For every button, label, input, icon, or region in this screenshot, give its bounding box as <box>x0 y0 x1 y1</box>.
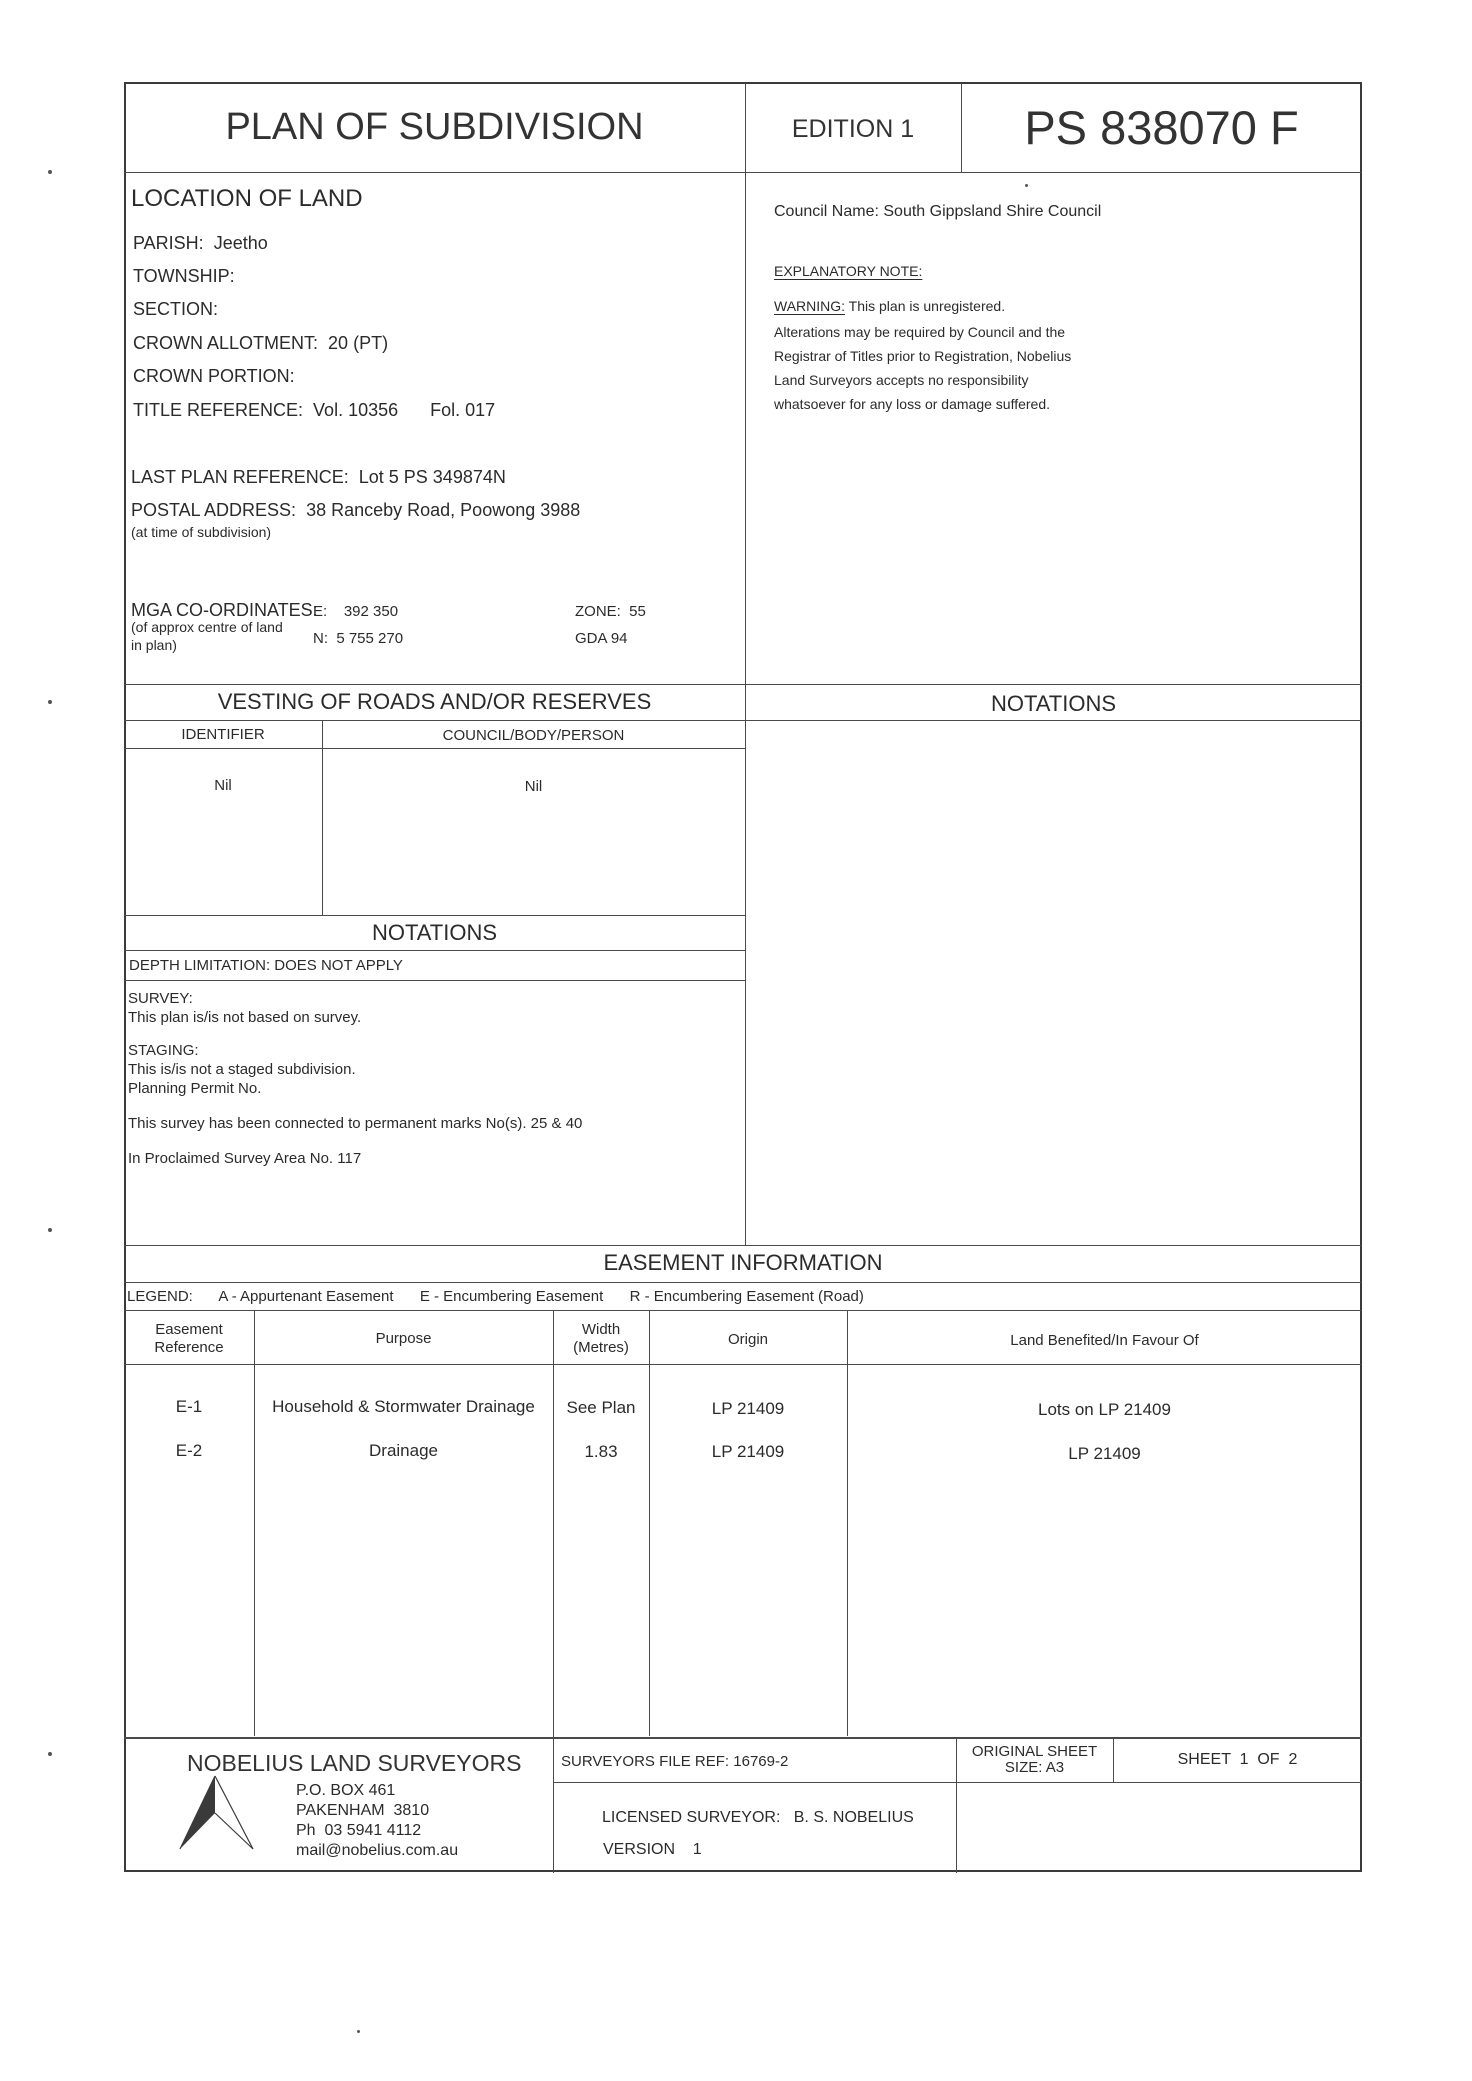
licensed-surveyor: LICENSED SURVEYOR: B. S. NOBELIUS <box>602 1810 914 1826</box>
explanatory-heading: EXPLANATORY NOTE: <box>774 264 922 278</box>
northing: N: 5 755 270 <box>313 631 403 646</box>
title-fol: Fol. 017 <box>430 400 495 420</box>
col-ref-2: Reference <box>124 1340 254 1355</box>
psa-text: In Proclaimed Survey Area No. 117 <box>128 1151 361 1166</box>
title-vol: Vol. 10356 <box>313 400 398 420</box>
scan-speck <box>48 1228 52 1232</box>
crown-portion-label: CROWN PORTION: <box>133 367 295 385</box>
parish-row: PARISH: Jeetho <box>133 234 268 252</box>
easement-width: 1.83 <box>553 1443 649 1460</box>
easement-ref: E-1 <box>124 1398 254 1415</box>
notations-heading-right: NOTATIONS <box>745 693 1362 715</box>
postal-note: (at time of subdivision) <box>131 525 271 539</box>
divider <box>124 684 1362 685</box>
survey-text: This plan is/is not based on survey. <box>128 1010 361 1025</box>
note-line: Registrar of Titles prior to Registratio… <box>774 349 1071 363</box>
firm-email: mail@nobelius.com.au <box>296 1843 458 1859</box>
divider <box>745 83 746 1245</box>
council-value: Nil <box>322 779 745 794</box>
scan-speck <box>48 170 52 174</box>
col-identifier: IDENTIFIER <box>124 727 322 742</box>
legend-label: LEGEND: <box>127 1288 193 1305</box>
easement-purpose: Household & Stormwater Drainage <box>254 1398 553 1415</box>
divider <box>124 1310 1362 1311</box>
divider <box>254 1310 255 1736</box>
datum: GDA 94 <box>575 631 628 646</box>
note-line: Alterations may be required by Council a… <box>774 325 1065 339</box>
location-heading: LOCATION OF LAND <box>131 187 363 211</box>
easement-ref: E-2 <box>124 1442 254 1459</box>
col-purpose: Purpose <box>254 1331 553 1346</box>
title-reference-row: TITLE REFERENCE: Vol. 10356 Fol. 017 <box>133 401 495 419</box>
section-label: SECTION: <box>133 300 218 318</box>
divider <box>124 980 745 981</box>
council-name: Council Name: South Gippsland Shire Coun… <box>774 204 1101 220</box>
col-ref-1: Easement <box>124 1322 254 1337</box>
divider <box>124 720 1362 721</box>
file-ref: SURVEYORS FILE REF: 16769-2 <box>561 1754 788 1769</box>
firm-name: NOBELIUS LAND SURVEYORS <box>187 1752 521 1775</box>
sheet-size-1: ORIGINAL SHEET <box>956 1744 1113 1759</box>
last-plan-value: Lot 5 PS 349874N <box>359 467 506 487</box>
sheet-number: SHEET 1 OF 2 <box>1113 1752 1362 1768</box>
version: VERSION 1 <box>603 1842 702 1858</box>
easement-width: See Plan <box>553 1399 649 1416</box>
staging-text: This is/is not a staged subdivision. <box>128 1062 356 1077</box>
warning-row: WARNING: This plan is unregistered. <box>774 299 1005 313</box>
crown-allotment-row: CROWN ALLOTMENT: 20 (PT) <box>133 334 388 352</box>
title-reference-label: TITLE REFERENCE: <box>133 400 303 420</box>
survey-label: SURVEY: <box>128 991 193 1006</box>
vesting-heading: VESTING OF ROADS AND/OR RESERVES <box>124 691 745 713</box>
parish-value: Jeetho <box>214 233 268 253</box>
note-line: whatsoever for any loss or damage suffer… <box>774 397 1050 411</box>
divider <box>649 1310 650 1736</box>
divider <box>124 950 745 951</box>
divider <box>553 1310 554 1873</box>
legend-e: E - Encumbering Easement <box>420 1288 603 1305</box>
staging-label: STAGING: <box>128 1043 199 1058</box>
identifier-value: Nil <box>124 778 322 793</box>
easting: E: 392 350 <box>313 604 398 619</box>
last-plan-row: LAST PLAN REFERENCE: Lot 5 PS 349874N <box>131 468 506 486</box>
divider <box>322 720 323 915</box>
note-line: Land Surveyors accepts no responsibility <box>774 373 1028 387</box>
legend-r: R - Encumbering Easement (Road) <box>630 1288 864 1305</box>
township-label: TOWNSHIP: <box>133 267 235 285</box>
plan-number: PS 838070 F <box>961 104 1362 151</box>
divider <box>124 172 1362 173</box>
surveyor-logo-icon <box>178 1775 258 1855</box>
col-width-1: Width <box>553 1322 649 1337</box>
divider <box>124 1245 1362 1246</box>
parish-label: PARISH: <box>133 233 204 253</box>
scan-speck <box>1025 184 1028 187</box>
col-origin: Origin <box>649 1332 847 1347</box>
easement-benefited: Lots on LP 21409 <box>847 1401 1362 1418</box>
page-title: PLAN OF SUBDIVISION <box>124 108 745 146</box>
easement-purpose: Drainage <box>254 1442 553 1459</box>
divider <box>553 1782 1362 1783</box>
crown-allotment-label: CROWN ALLOTMENT: <box>133 333 318 353</box>
divider <box>847 1310 848 1736</box>
warning-label: WARNING: <box>774 298 845 314</box>
legend-row: LEGEND: A - Appurtenant Easement E - Enc… <box>127 1289 864 1304</box>
scan-speck <box>357 2030 360 2033</box>
postal-value: 38 Ranceby Road, Poowong 3988 <box>306 500 580 520</box>
sheet-size-2: SIZE: A3 <box>956 1760 1113 1775</box>
marks-text: This survey has been connected to perman… <box>128 1116 582 1131</box>
notations-heading: NOTATIONS <box>124 922 745 944</box>
firm-address-2: PAKENHAM 3810 <box>296 1803 429 1819</box>
col-benefited: Land Benefited/In Favour Of <box>847 1333 1362 1348</box>
edition-label: EDITION 1 <box>745 117 961 142</box>
divider <box>124 1282 1362 1283</box>
mga-note-1: (of approx centre of land <box>131 620 283 634</box>
permit-text: Planning Permit No. <box>128 1081 261 1096</box>
divider <box>124 748 745 749</box>
warning-text: This plan is unregistered. <box>845 298 1005 314</box>
easement-origin: LP 21409 <box>649 1400 847 1417</box>
firm-phone: Ph 03 5941 4112 <box>296 1823 421 1839</box>
col-width-2: (Metres) <box>553 1340 649 1355</box>
scan-speck <box>48 700 52 704</box>
legend-a: A - Appurtenant Easement <box>218 1288 393 1305</box>
col-council: COUNCIL/BODY/PERSON <box>322 728 745 743</box>
mga-note-2: in plan) <box>131 638 177 652</box>
zone: ZONE: 55 <box>575 604 646 619</box>
divider <box>124 1737 1362 1739</box>
depth-limitation: DEPTH LIMITATION: DOES NOT APPLY <box>129 958 403 973</box>
postal-label: POSTAL ADDRESS: <box>131 500 296 520</box>
mga-label: MGA CO-ORDINATES: <box>131 601 318 619</box>
easement-origin: LP 21409 <box>649 1443 847 1460</box>
scan-speck <box>48 1752 52 1756</box>
postal-row: POSTAL ADDRESS: 38 Ranceby Road, Poowong… <box>131 501 580 519</box>
divider <box>124 915 745 916</box>
divider <box>124 1364 1362 1365</box>
firm-address-1: P.O. BOX 461 <box>296 1783 395 1799</box>
easement-benefited: LP 21409 <box>847 1445 1362 1462</box>
last-plan-label: LAST PLAN REFERENCE: <box>131 467 349 487</box>
crown-allotment-value: 20 (PT) <box>328 333 388 353</box>
easement-heading: EASEMENT INFORMATION <box>124 1252 1362 1274</box>
